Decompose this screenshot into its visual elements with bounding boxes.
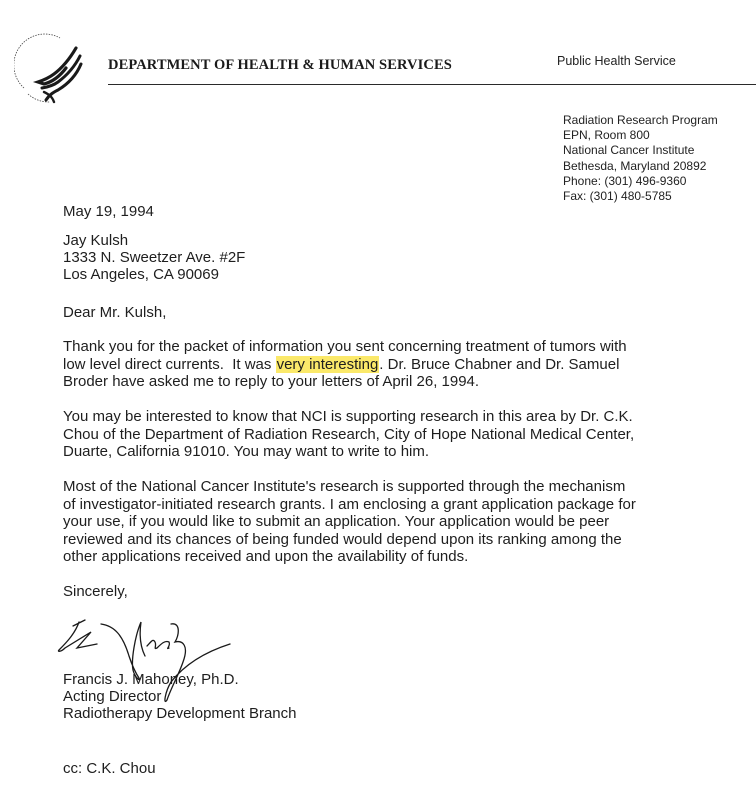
recipient-street: 1333 N. Sweetzer Ave. #2F [63,249,245,266]
signer-name: Francis J. Mahoney, Ph.D. [63,671,296,688]
recipient-city: Los Angeles, CA 90069 [63,266,245,283]
paragraph-line: of investigator-initiated research grant… [63,496,636,514]
signer-block: Francis J. Mahoney, Ph.D. Acting Directo… [63,671,296,722]
signer-branch: Radiotherapy Development Branch [63,705,296,722]
paragraph-line: Broder have asked me to reply to your le… [63,373,627,391]
agency-name: Public Health Service [557,54,676,68]
text-span: . Dr. Bruce Chabner and Dr. Samuel [379,356,619,373]
paragraph-2: You may be interested to know that NCI i… [63,408,634,461]
recipient-name: Jay Kulsh [63,232,245,249]
paragraph-1: Thank you for the packet of information … [63,338,627,391]
text-span: low level direct currents. It was [63,356,276,373]
paragraph-3: Most of the National Cancer Institute's … [63,478,636,566]
sender-address-line: Bethesda, Maryland 20892 [563,159,718,174]
cc-line: cc: C.K. Chou [63,760,156,777]
closing: Sincerely, [63,583,128,600]
paragraph-line: Most of the National Cancer Institute's … [63,478,636,496]
letter-date: May 19, 1994 [63,203,154,220]
sender-phone: Phone: (301) 496-9360 [563,174,718,189]
hhs-eagle-seal-icon [14,30,86,106]
paragraph-line: low level direct currents. It was very i… [63,356,627,374]
sender-address-line: Radiation Research Program [563,113,718,128]
recipient-address: Jay Kulsh 1333 N. Sweetzer Ave. #2F Los … [63,232,245,283]
paragraph-line: Duarte, California 91010. You may want t… [63,443,634,461]
paragraph-line: other applications received and upon the… [63,548,636,566]
sender-address-line: National Cancer Institute [563,143,718,158]
paragraph-line: your use, if you would like to submit an… [63,513,636,531]
paragraph-line: reviewed and its chances of being funded… [63,531,636,549]
sender-address: Radiation Research Program EPN, Room 800… [563,113,718,204]
paragraph-line: Thank you for the packet of information … [63,338,627,356]
highlighted-text: very interesting [276,356,380,373]
letterhead-divider [108,84,756,85]
department-name: DEPARTMENT OF HEALTH & HUMAN SERVICES [108,57,452,74]
sender-fax: Fax: (301) 480-5785 [563,189,718,204]
paragraph-line: Chou of the Department of Radiation Rese… [63,426,634,444]
signer-title: Acting Director [63,688,296,705]
paragraph-line: You may be interested to know that NCI i… [63,408,634,426]
salutation: Dear Mr. Kulsh, [63,304,166,321]
sender-address-line: EPN, Room 800 [563,128,718,143]
